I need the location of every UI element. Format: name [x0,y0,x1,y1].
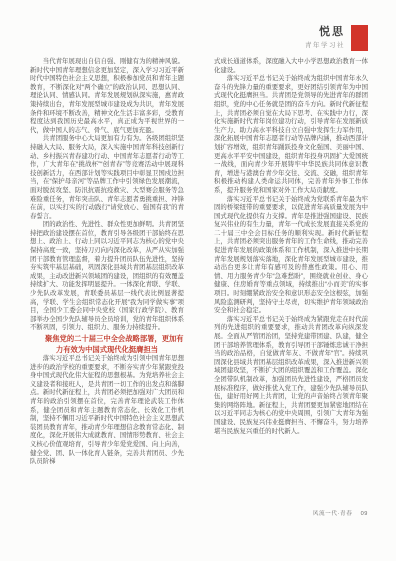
logo-subtitle: 青年学习社 [305,41,345,50]
magazine-page: 悦思 青年学习社 当代青年展现出自信自强、刚健有为的精神风貌。新时代中国青年理想… [0,0,396,561]
body-paragraph: 落实习近平总书记关于始终成为引领中国青年思想进步的政治学校的重要要求，不断夯实青… [30,355,184,467]
footer-page-number: 09 [361,511,368,517]
body-paragraph: 团的政治性、先进性、群众性更加鲜明。共青团坚持把政治建设摆在首位，教育引导各级团… [30,221,184,333]
column-left: 当代青年展现出自信自强、刚健有为的精神风貌。新时代中国青年理想信念更加坚定，深入… [30,58,184,467]
footer-magazine-title: 风流一代·青春 [313,511,353,517]
body-paragraph: 落实习近平总书记关于始终成为紧跟党走在时代前列的先进组织的重要要求，推动共青团改… [214,316,368,436]
masthead-text: 悦思 青年学习社 [305,25,345,50]
logo-accent-block [351,25,368,51]
body-paragraph: 当代青年展现出自信自强、刚健有为的精神风貌。新时代中国青年理想信念更加坚定，深入… [30,58,184,135]
column-right: 式成长通道体系，深度融入大中小学思想政治教育一体化建设。 落实习近平总书记关于始… [214,58,368,436]
body-paragraph: 共青团服务中心大局更加有力有为。各级团组织坚持融入大局、服务大局，深入实施中国青… [30,135,184,221]
page-footer: 风流一代·青春 09 [313,509,368,517]
section-heading: 聚焦党的二十届三中全会战略部署，更加有力有效为中国式现代化挺膺担当 [30,333,184,355]
body-paragraph-continuation: 式成长通道体系，深度融入大中小学思想政治教育一体化建设。 [214,58,368,75]
body-paragraph: 落实习近平总书记关于始终成为组织中国青年永久奋斗的先锋力量的重要要求，更好团结引… [214,75,368,195]
logo-title: 悦思 [305,26,345,39]
body-paragraph: 落实习近平总书记关于始终成为党联系青年最为牢固的桥梁纽带的重要要求，以促进青年高… [214,196,368,316]
masthead: 悦思 青年学习社 [305,25,368,51]
